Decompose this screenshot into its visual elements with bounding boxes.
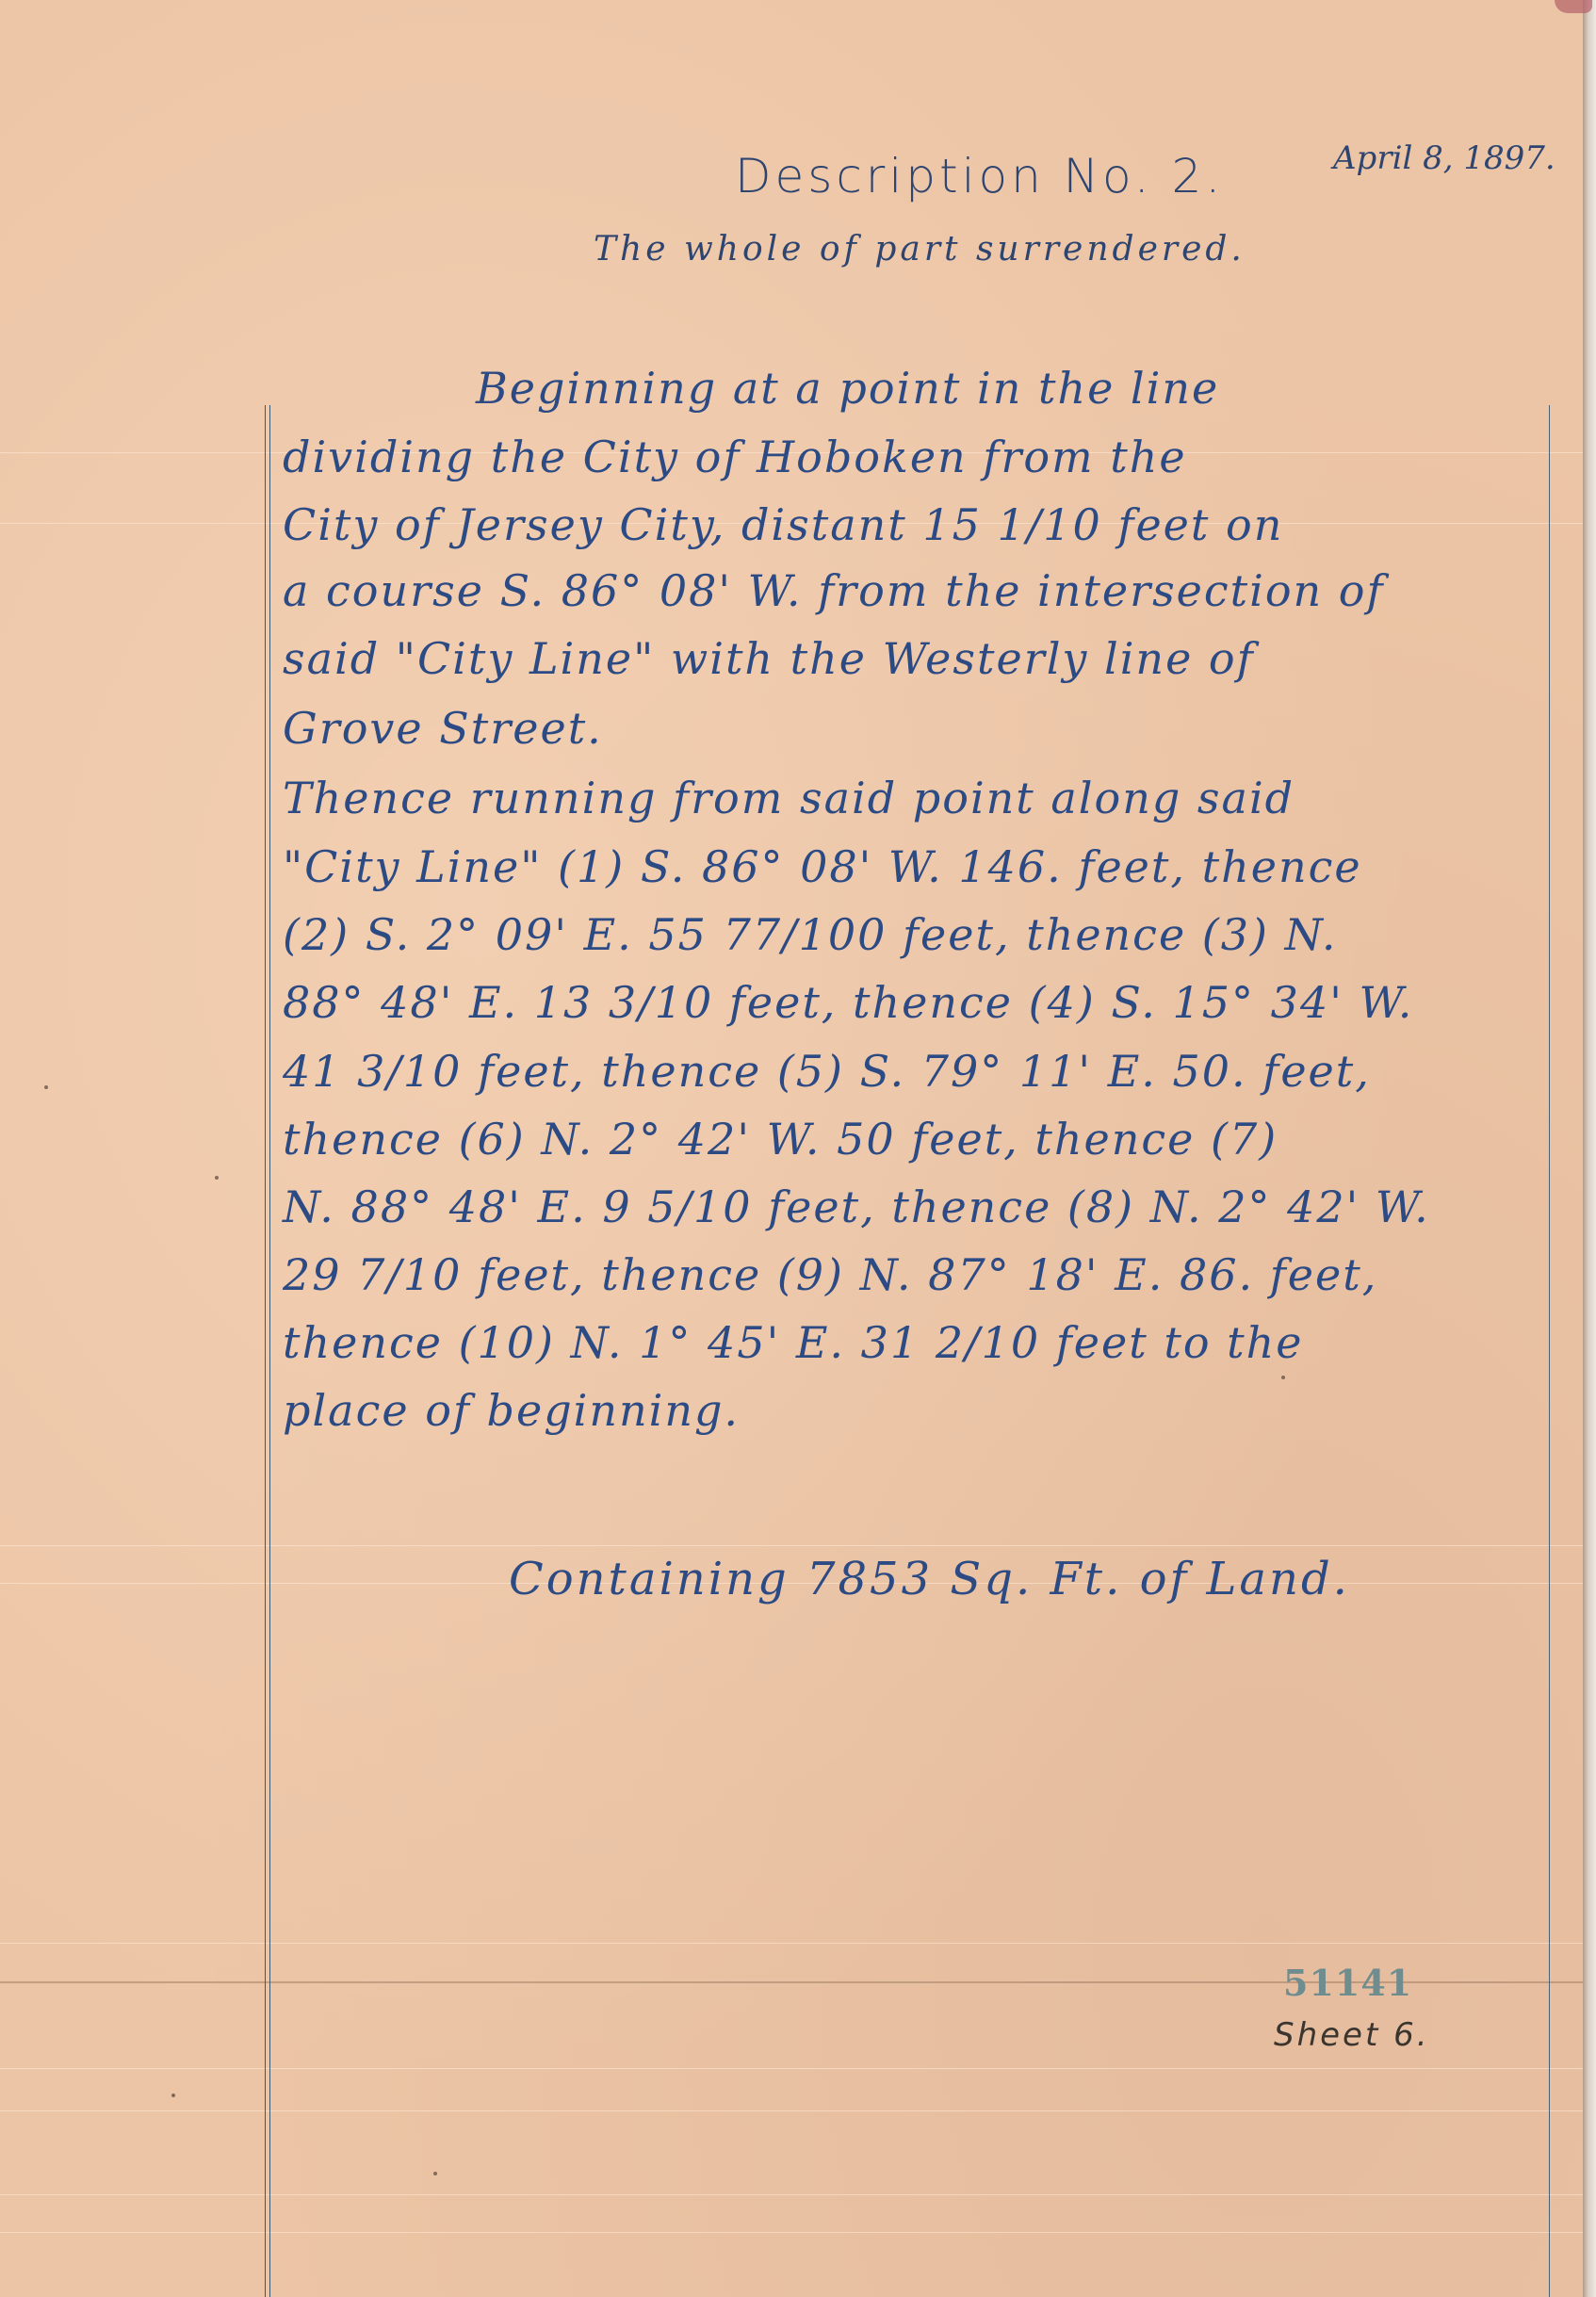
sheet-label: Sheet 6.	[1274, 2016, 1430, 2054]
ruled-line	[0, 2194, 1583, 2195]
corner-stain	[1555, 0, 1592, 13]
document-date: April 8, 1897.	[1333, 139, 1555, 177]
document-title: Description No. 2.	[735, 149, 1224, 204]
document-subtitle: The whole of part surrendered.	[594, 230, 1246, 269]
left-margin-rule	[265, 405, 270, 2297]
ruled-line	[0, 1943, 1583, 1944]
body-line: place of beginning.	[283, 1385, 740, 1436]
paper-speck	[171, 2093, 175, 2097]
body-line: "City Line" (1) S. 86° 08' W. 146. feet,…	[283, 841, 1362, 892]
ruled-line	[0, 1545, 1583, 1546]
ruled-line	[0, 2068, 1583, 2069]
right-margin-rule	[1549, 405, 1550, 2297]
body-line: City of Jersey City, distant 15 1/10 fee…	[283, 499, 1283, 550]
body-line: Thence running from said point along sai…	[283, 773, 1295, 823]
body-line: thence (6) N. 2° 42' W. 50 feet, thence …	[283, 1114, 1278, 1165]
paper-speck	[44, 1085, 48, 1089]
body-line: said "City Line" with the Westerly line …	[283, 633, 1255, 684]
body-line: 88° 48' E. 13 3/10 feet, thence (4) S. 1…	[283, 977, 1413, 1028]
ruled-line	[0, 2232, 1583, 2233]
paper-edge	[1583, 0, 1596, 2297]
stamp-number: 51141	[1283, 1962, 1412, 2004]
body-line: (2) S. 2° 09' E. 55 77/100 feet, thence …	[283, 909, 1338, 960]
paper-speck	[1281, 1376, 1285, 1379]
body-line: Grove Street.	[283, 703, 603, 754]
paper-sheet: April 8, 1897. Description No. 2. The wh…	[0, 0, 1583, 2297]
body-line: N. 88° 48' E. 9 5/10 feet, thence (8) N.…	[283, 1181, 1430, 1232]
area-statement: Containing 7853 Sq. Ft. of Land.	[509, 1553, 1350, 1605]
body-line: dividing the City of Hoboken from the	[283, 432, 1187, 482]
body-line: 41 3/10 feet, thence (5) S. 79° 11' E. 5…	[283, 1046, 1371, 1097]
body-line: a course S. 86° 08' W. from the intersec…	[283, 565, 1385, 616]
paper-speck	[215, 1176, 219, 1180]
body-line: Beginning at a point in the line	[476, 363, 1219, 414]
body-line: 29 7/10 feet, thence (9) N. 87° 18' E. 8…	[283, 1249, 1377, 1300]
body-line: thence (10) N. 1° 45' E. 31 2/10 feet to…	[283, 1317, 1303, 1368]
ruled-line	[0, 2110, 1583, 2111]
paper-speck	[433, 2172, 437, 2175]
